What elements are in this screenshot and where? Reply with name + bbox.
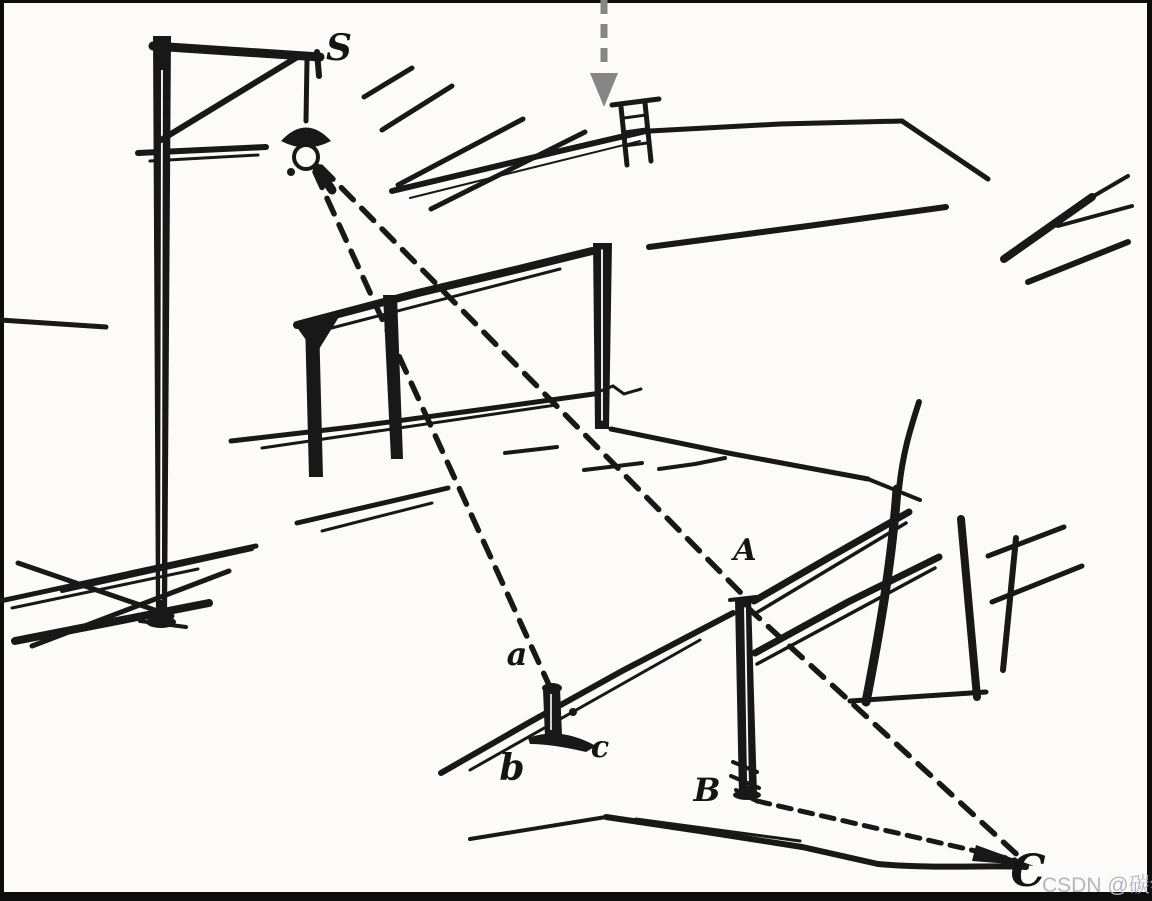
label-a: a (507, 635, 528, 673)
label-b: b (499, 747, 524, 789)
scanned-illustration: S A a b c B C CSDN @碳学长 (0, 0, 1152, 901)
label-C: C (1010, 846, 1045, 897)
label-B: B (692, 771, 720, 809)
illustration-canvas: S A a b c B C CSDN @碳学长 (0, 0, 1152, 901)
watermark: CSDN @碳学长 (1042, 874, 1152, 897)
label-c: c (591, 730, 609, 765)
label-S: S (326, 27, 352, 69)
peg-post (543, 688, 562, 737)
label-A: A (730, 533, 756, 568)
